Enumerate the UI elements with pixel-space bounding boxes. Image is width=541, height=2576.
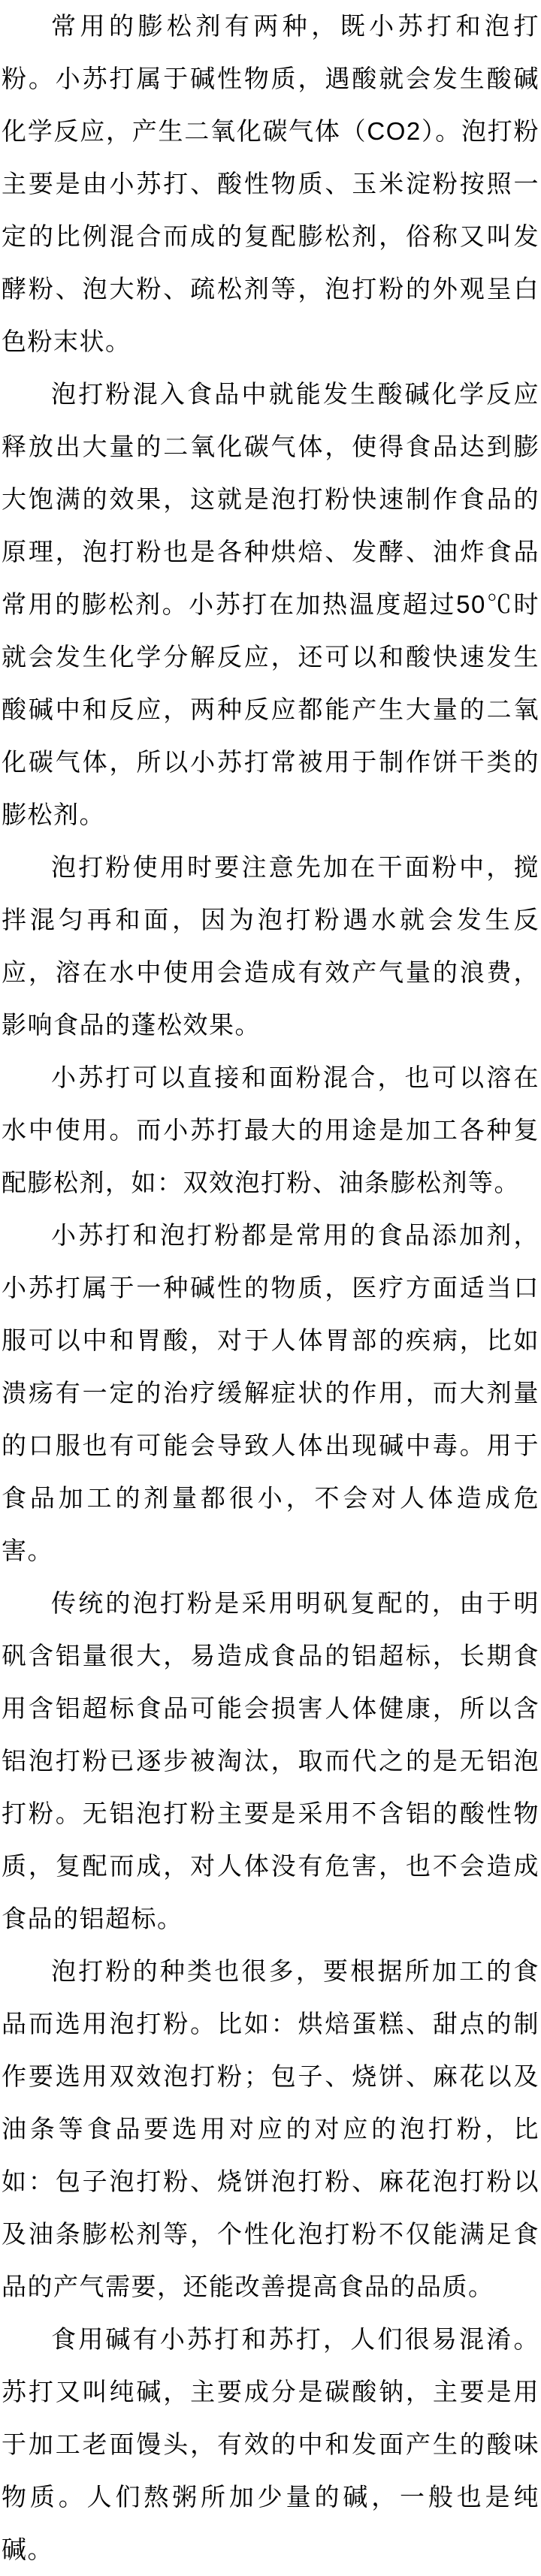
paragraph-alum-aluminum-free: 传统的泡打粉是采用明矾复配的，由于明矾含铝量很大，易造成食品的铝超标，长期食用含… [2, 1577, 539, 1945]
paragraph-edible-alkali: 食用碱有小苏打和苏打，人们很易混淆。苏打又叫纯碱，主要成分是碳酸钠，主要是用于加… [2, 2313, 539, 2576]
paragraph-baking-powder-usage: 泡打粉使用时要注意先加在干面粉中，搅拌混匀再和面，因为泡打粉遇水就会发生反应，溶… [2, 841, 539, 1051]
paragraph-leavening-agents-intro: 常用的膨松剂有两种，既小苏打和泡打粉。小苏打属于碱性物质，遇酸就会发生酸碱化学反… [2, 0, 539, 368]
paragraph-baking-powder-types: 泡打粉的种类也很多，要根据所加工的食品而选用泡打粉。比如：烘焙蛋糕、甜点的制作要… [2, 1945, 539, 2313]
paragraph-food-additive-safety: 小苏打和泡打粉都是常用的食品添加剂，小苏打属于一种碱性的物质，医疗方面适当口服可… [2, 1209, 539, 1577]
paragraph-baking-powder-principle: 泡打粉混入食品中就能发生酸碱化学反应释放出大量的二氧化碳气体，使得食品达到膨大饱… [2, 368, 539, 841]
paragraph-baking-soda-usage: 小苏打可以直接和面粉混合，也可以溶在水中使用。而小苏打最大的用途是加工各种复配膨… [2, 1051, 539, 1209]
document-page: 常用的膨松剂有两种，既小苏打和泡打粉。小苏打属于碱性物质，遇酸就会发生酸碱化学反… [0, 0, 541, 2576]
